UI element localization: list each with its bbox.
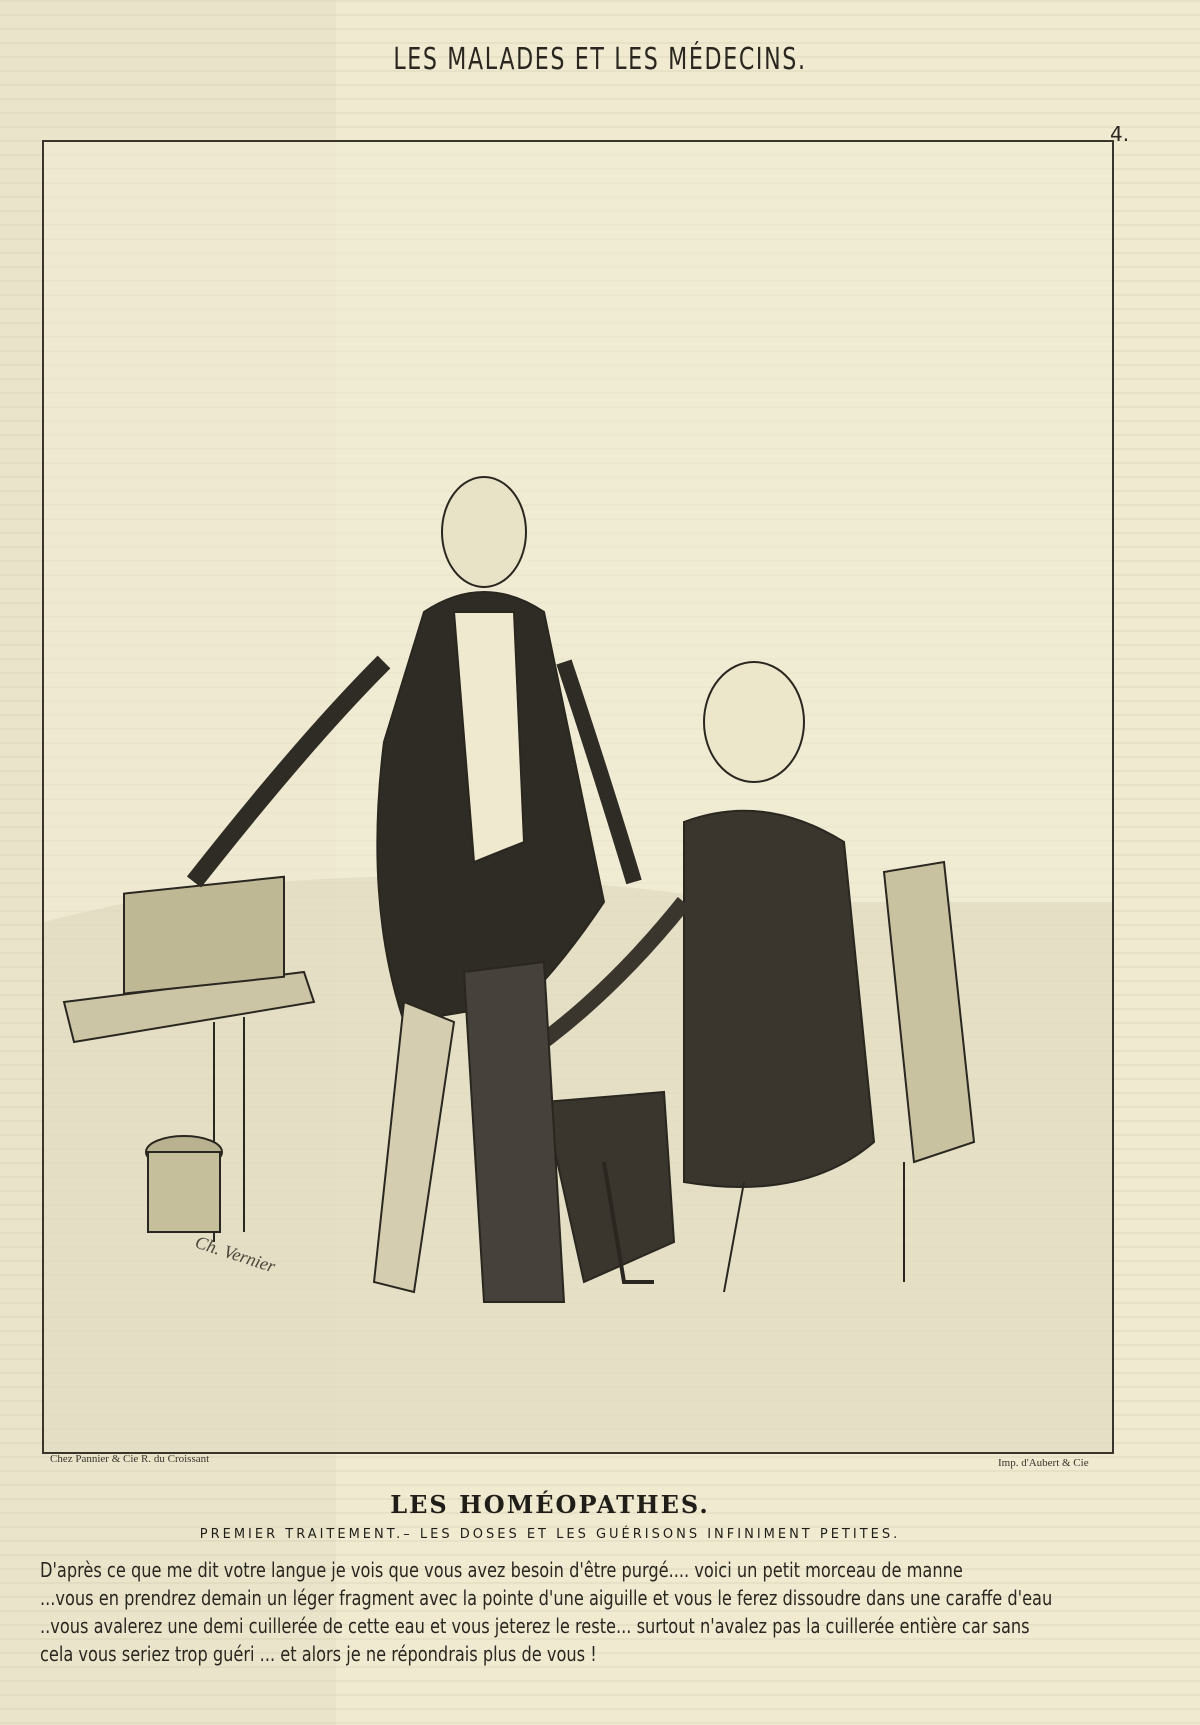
printer-imprint: Imp. d'Aubert & Cie <box>998 1457 1089 1469</box>
caption-line: ..vous avalerez une demi cuillerée de ce… <box>40 1612 1030 1640</box>
series-title: LES MALADES ET LES MÉDECINS. <box>108 42 1092 77</box>
publisher-imprint: Chez Pannier & Cie R. du Croissant <box>50 1453 209 1465</box>
caption-line: ...vous en prendrez demain un léger frag… <box>40 1584 1030 1612</box>
illustration-frame: Ch. Vernier <box>42 140 1114 1454</box>
caption-dialogue: D'après ce que me dit votre langue je vo… <box>40 1556 1030 1668</box>
lithograph-illustration: Ch. Vernier <box>44 142 1112 1452</box>
caption-line: cela vous seriez trop guéri ... et alors… <box>40 1640 1030 1668</box>
caption-title: LES HOMÉOPATHES. <box>0 1490 1100 1519</box>
caption-subtitle: PREMIER TRAITEMENT.– LES DOSES ET LES GU… <box>0 1527 1100 1542</box>
caption-line: D'après ce que me dit votre langue je vo… <box>40 1556 1030 1584</box>
